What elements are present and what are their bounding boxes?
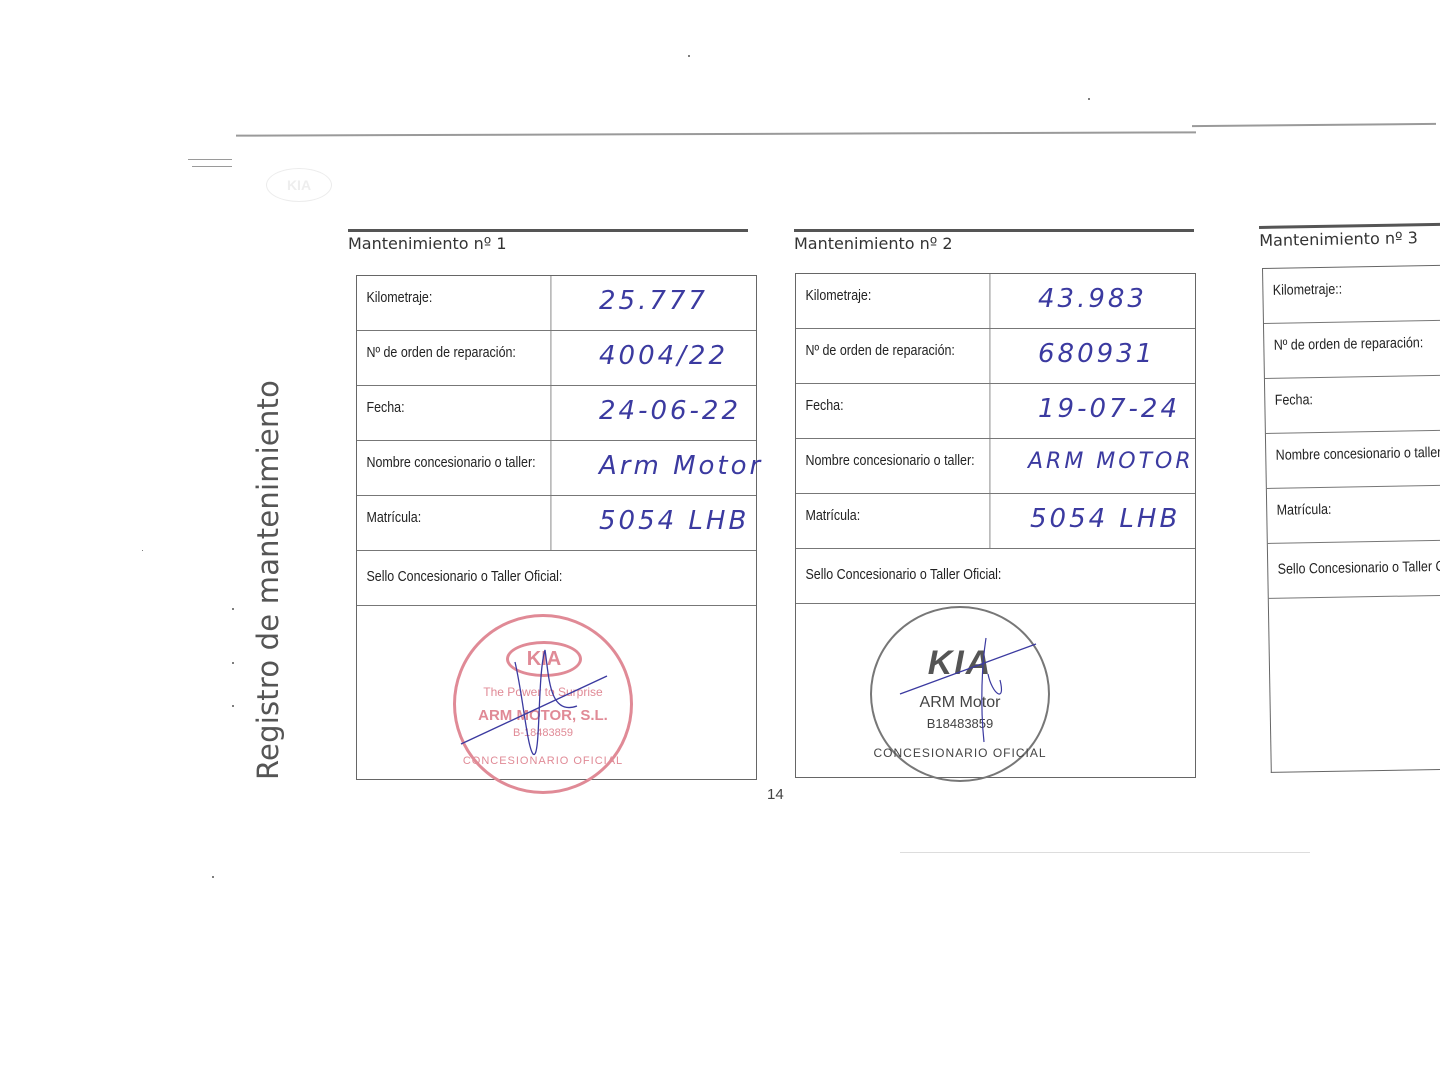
field-value-cell[interactable]: ARM MOTOR xyxy=(1022,439,1195,493)
field-value-cell[interactable]: Arm Motor xyxy=(583,441,756,495)
handwritten-value: 4004/22 xyxy=(599,341,728,371)
field-row-kilometraje: Kilometraje:: xyxy=(1263,265,1440,324)
field-label: Nº de orden de reparación: xyxy=(796,329,990,383)
field-label: Sello Concesionario o Taller Oficial: xyxy=(796,549,1001,603)
field-row-orden: Nº de orden de reparación: 4004/22 xyxy=(357,331,756,386)
handwritten-value: 24-06-22 xyxy=(599,396,741,426)
field-label: Nº de orden de reparación: xyxy=(1264,321,1440,378)
scan-edge-line xyxy=(1192,123,1436,127)
handwritten-value: 5054 LHB xyxy=(1030,504,1180,534)
field-label: Matrícula: xyxy=(796,494,990,548)
handwritten-value: 680931 xyxy=(1038,339,1155,369)
field-label: Matrícula: xyxy=(357,496,551,550)
field-row-sello: Sello Concesionario o Taller Oficial: xyxy=(796,549,1195,604)
field-label: Nombre concesionario o taller: xyxy=(796,439,990,493)
handwritten-value: 5054 LHB xyxy=(599,506,749,536)
field-label: Nombre concesionario o taller: xyxy=(1266,431,1440,488)
field-value-cell[interactable]: 5054 LHB xyxy=(583,496,756,550)
stamp-ring-text: CONCESIONARIO OFICIAL xyxy=(872,746,1048,760)
field-value-cell[interactable]: 4004/22 xyxy=(583,331,756,385)
field-value-cell[interactable]: 25.777 xyxy=(583,276,756,330)
heading-rule xyxy=(794,229,1194,232)
field-row-fecha: Fecha: 24-06-22 xyxy=(357,386,756,441)
scan-mark xyxy=(188,159,232,160)
field-label: Fecha: xyxy=(796,384,990,438)
field-row-kilometraje: Kilometraje: 25.777 xyxy=(357,276,756,331)
stamp-area: KIA ARM Motor B18483859 CONCESIONARIO OF… xyxy=(796,604,1195,778)
field-row-fecha: Fecha: 19-07-24 xyxy=(796,384,1195,439)
field-label: Fecha: xyxy=(357,386,551,440)
field-row-orden: Nº de orden de reparación: xyxy=(1264,320,1440,379)
scan-edge-line xyxy=(236,131,1196,136)
field-row-sello: Sello Concesionario o Taller Oficial: xyxy=(1268,540,1440,599)
field-row-kilometraje: Kilometraje: 43.983 xyxy=(796,274,1195,329)
field-label: Nº de orden de reparación: xyxy=(357,331,551,385)
field-row-orden: Nº de orden de reparación: 680931 xyxy=(796,329,1195,384)
scan-speck xyxy=(232,608,234,610)
field-row-matricula: Matrícula: 5054 LHB xyxy=(796,494,1195,549)
field-label: Fecha: xyxy=(1265,376,1440,433)
field-label: Sello Concesionario o Taller Oficial: xyxy=(1268,540,1440,598)
field-value-cell[interactable]: 43.983 xyxy=(1022,274,1195,328)
field-value-cell[interactable]: 24-06-22 xyxy=(583,386,756,440)
field-label: Kilometraje: xyxy=(357,276,551,330)
field-label: Kilometraje:: xyxy=(1263,266,1440,323)
handwritten-value: ARM MOTOR xyxy=(1028,449,1194,474)
maintenance-block-1: Mantenimiento nº 1 xyxy=(348,229,748,253)
field-row-sello: Sello Concesionario o Taller Oficial: xyxy=(357,551,756,606)
scan-edge-line xyxy=(900,852,1310,853)
handwritten-value: 43.983 xyxy=(1038,284,1147,314)
heading-rule xyxy=(348,229,748,232)
scan-mark xyxy=(192,166,232,167)
maintenance-block-2: Mantenimiento nº 2 xyxy=(794,229,1194,253)
handwritten-value: 25.777 xyxy=(599,286,708,316)
field-row-concesionario: Nombre concesionario o taller: Arm Motor xyxy=(357,441,756,496)
maintenance-form-1: Kilometraje: 25.777 Nº de orden de repar… xyxy=(356,275,757,780)
field-row-matricula: Matrícula: 5054 LHB xyxy=(357,496,756,551)
scan-speck xyxy=(232,662,234,664)
field-label: Sello Concesionario o Taller Oficial: xyxy=(357,551,562,605)
scan-speck xyxy=(142,550,143,551)
field-label: Nombre concesionario o taller: xyxy=(357,441,551,495)
faded-kia-logo: KIA xyxy=(266,168,332,202)
field-value-cell[interactable]: 5054 LHB xyxy=(1022,494,1195,548)
maintenance-form-3: Kilometraje:: Nº de orden de reparación:… xyxy=(1262,264,1440,773)
maintenance-block-3: Mantenimiento nº 3 xyxy=(1259,223,1440,250)
handwritten-value: Arm Motor xyxy=(599,451,763,481)
field-row-concesionario: Nombre concesionario o taller: ARM MOTOR xyxy=(796,439,1195,494)
field-row-fecha: Fecha: xyxy=(1265,375,1440,434)
scan-speck xyxy=(212,876,214,878)
section-title: Registro de mantenimiento xyxy=(251,380,285,780)
field-row-matricula: Matrícula: xyxy=(1267,485,1440,544)
signature-scribble xyxy=(457,636,617,766)
scan-speck xyxy=(1088,98,1090,100)
page-number: 14 xyxy=(767,786,784,803)
field-value-cell[interactable]: 19-07-24 xyxy=(1022,384,1195,438)
signature-scribble xyxy=(896,634,1046,744)
scan-speck xyxy=(232,705,234,707)
scan-speck xyxy=(688,55,690,57)
field-label: Kilometraje: xyxy=(796,274,990,328)
maintenance-form-2: Kilometraje: 43.983 Nº de orden de repar… xyxy=(795,273,1196,778)
handwritten-value: 19-07-24 xyxy=(1038,394,1180,424)
stamp-area: KIA The Power to Surprise ARM MOTOR, S.L… xyxy=(357,606,756,780)
stamp-area xyxy=(1269,595,1440,773)
maintenance-heading: Mantenimiento nº 3 xyxy=(1259,228,1440,250)
maintenance-heading: Mantenimiento nº 1 xyxy=(348,234,748,253)
field-label: Matrícula: xyxy=(1267,486,1440,543)
maintenance-heading: Mantenimiento nº 2 xyxy=(794,234,1194,253)
field-row-concesionario: Nombre concesionario o taller: xyxy=(1266,430,1440,489)
field-value-cell[interactable]: 680931 xyxy=(1022,329,1195,383)
